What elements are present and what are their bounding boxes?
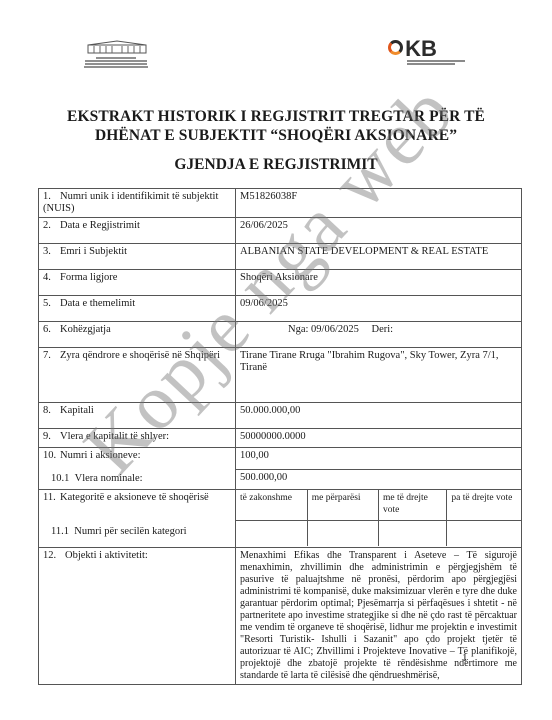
row-label: Forma ligjore <box>60 272 117 283</box>
table-row: 12.Objekti i aktivitetit: Menaxhimi Efik… <box>39 548 522 685</box>
okb-logo-text: KB <box>405 36 437 61</box>
row-label: Kategoritë e aksioneve të shoqërisë <box>60 492 209 503</box>
page-number: 1 <box>462 652 468 664</box>
table-row: 1.Numri unik i identifikimit të subjekti… <box>39 189 522 218</box>
row-label: Data e themelimit <box>60 298 135 309</box>
row-value: 26/06/2025 <box>236 218 522 244</box>
duration-from: 09/06/2025 <box>311 324 359 335</box>
row-label: Data e Regjistrimit <box>60 220 140 231</box>
emblem-caption-line <box>85 63 147 65</box>
emblem-caption-line <box>85 60 147 62</box>
row-value: Tirane Tirane Rruga "Ibrahim Rugova", Sk… <box>236 348 522 403</box>
row-label: Emri i Subjektit <box>60 246 127 257</box>
table-row: 7.Zyra qëndrore e shoqërisë në Shqipëri … <box>39 348 522 403</box>
row-label: Zyra qëndrore e shoqërisë në Shqipëri <box>60 350 220 361</box>
row-value: 500.000,00 <box>236 470 522 490</box>
row-label: Numri unik i identifikimit të subjektit … <box>43 191 218 214</box>
row-label: Numri i aksioneve: <box>60 450 140 461</box>
duration-value: Nga: 09/06/2025 Deri: <box>236 322 522 348</box>
okb-subtitle-line <box>407 63 455 65</box>
category-count <box>307 520 378 546</box>
row-label: Numri për secilën kategori <box>74 526 186 537</box>
table-row: 8.Kapitali 50.000.000,00 <box>39 403 522 429</box>
emblem-caption-line <box>84 66 148 68</box>
table-row: 11.Kategoritë e aksioneve të shoqërisë 1… <box>39 490 522 548</box>
category-header: me të drejte vote <box>379 490 447 520</box>
category-count <box>236 520 307 546</box>
row-value: 50000000.0000 <box>236 429 522 448</box>
row-value: 50.000.000,00 <box>236 403 522 429</box>
okb-logo: OKB <box>388 38 488 68</box>
okb-subtitle-line <box>407 60 465 62</box>
activity-object-text: Menaxhimi Efikas dhe Transparent i Asete… <box>236 548 522 685</box>
category-count <box>379 520 447 546</box>
row-value: Shoqëri Aksionare <box>236 270 522 296</box>
ministry-emblem-logo <box>76 38 156 68</box>
document-subtitle: GJENDJA E REGJISTRIMIT <box>40 156 512 174</box>
emblem-caption-line <box>96 57 136 59</box>
table-row: 2.Data e Regjistrimit 26/06/2025 <box>39 218 522 244</box>
government-building-icon <box>84 40 150 54</box>
category-header: pa të drejte vote <box>447 490 521 520</box>
table-row: 5.Data e themelimit 09/06/2025 <box>39 296 522 322</box>
table-row: 10.Numri i aksioneve: 10.1 Vlera nominal… <box>39 448 522 470</box>
table-row: 3.Emri i Subjektit ALBANIAN STATE DEVELO… <box>39 244 522 270</box>
row-value: 100,00 <box>236 448 522 470</box>
row-value: ALBANIAN STATE DEVELOPMENT & REAL ESTATE <box>236 244 522 270</box>
table-row: 6.Kohëzgjatja Nga: 09/06/2025 Deri: <box>39 322 522 348</box>
row-label: Kapitali <box>60 405 94 416</box>
document-title: EKSTRAKT HISTORIK I REGJISTRIT TREGTAR P… <box>40 107 512 145</box>
table-row: 4.Forma ligjore Shoqëri Aksionare <box>39 270 522 296</box>
share-categories: të zakonshme me përparësi me të drejte v… <box>236 490 522 548</box>
row-label: Objekti i aktivitetit: <box>65 550 148 561</box>
category-header: të zakonshme <box>236 490 307 520</box>
row-value: M51826038F <box>236 189 522 218</box>
row-label: Vlera nominale: <box>75 473 143 484</box>
row-label: Kohëzgjatja <box>60 324 111 335</box>
row-label: Vlera e kapitalit të shlyer: <box>60 431 169 442</box>
table-row: 9.Vlera e kapitalit të shlyer: 50000000.… <box>39 429 522 448</box>
registration-table: 1.Numri unik i identifikimit të subjekti… <box>38 188 522 685</box>
category-header: me përparësi <box>307 490 378 520</box>
row-value: 09/06/2025 <box>236 296 522 322</box>
category-count <box>447 520 521 546</box>
